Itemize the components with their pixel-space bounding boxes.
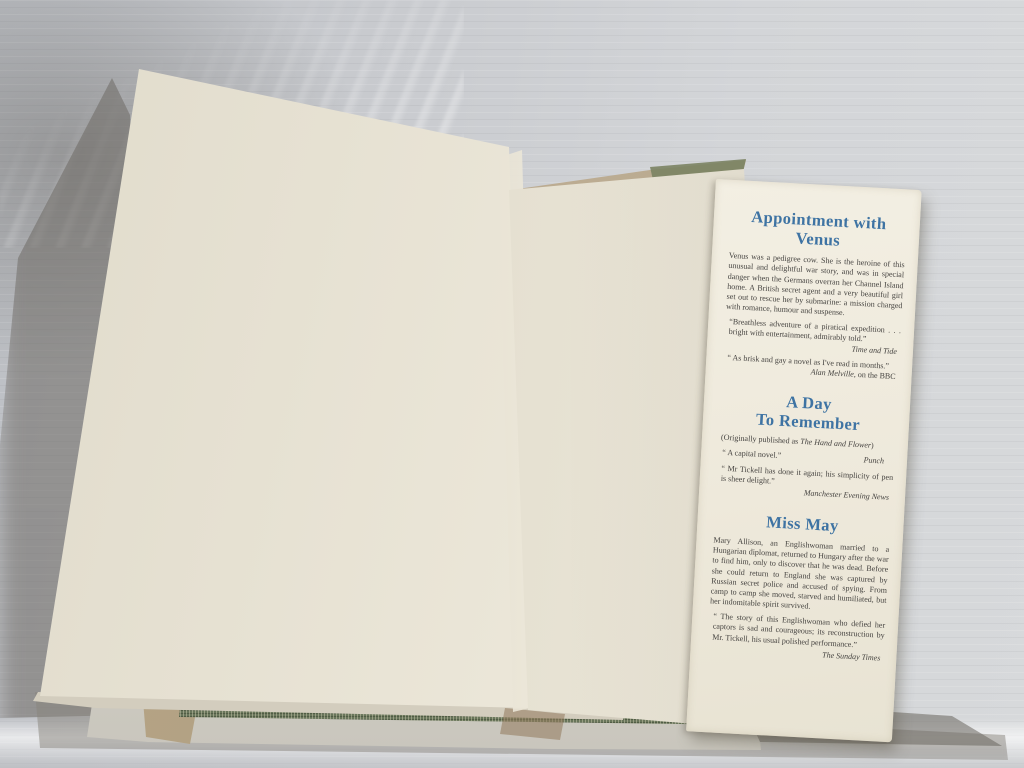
section-title: Miss May [714,509,891,538]
flap-section-appointment-with-venus: Appointment with Venus Venus was a pedig… [723,206,908,382]
quote-source: Punch [863,456,894,468]
quote-source: Manchester Evening News [720,484,892,503]
title-line: To Remember [755,410,860,435]
review-quote: “ Mr Tickell has done it again; his simp… [716,463,893,503]
quote-text: “ The story of this Englishwoman who def… [712,612,885,649]
review-quote: “ As brisk and gay a novel as I've read … [723,352,900,382]
title-line: Venus [795,229,840,250]
open-book-photo: Appointment with Venus Venus was a pedig… [0,0,1024,768]
title-line: A Day [786,392,833,413]
dust-jacket-flap: Appointment with Venus Venus was a pedig… [686,179,922,742]
section-title: A Day To Remember [720,389,898,437]
section-title: Appointment with Venus [730,206,908,254]
quote-source: The Sunday Times [711,644,883,663]
flap-section-a-day-to-remember: A Day To Remember (Originally published … [716,389,897,503]
section-body: Venus was a pedigree cow. She is the her… [726,251,905,321]
review-quote: “ The story of this Englishwoman who def… [707,612,885,664]
quote-text: “ Mr Tickell has done it again; his simp… [721,463,894,485]
flap-section-miss-may: Miss May Mary Allison, an Englishwoman m… [707,509,891,663]
quote-text: “ A capital novel.” [722,448,782,461]
section-body: Mary Allison, an Englishwoman married to… [710,536,890,617]
flap-printed-content: Appointment with Venus Venus was a pedig… [690,179,921,664]
title-line: Miss May [766,512,839,535]
review-quote: “Breathless adventure of a piratical exp… [724,317,901,357]
